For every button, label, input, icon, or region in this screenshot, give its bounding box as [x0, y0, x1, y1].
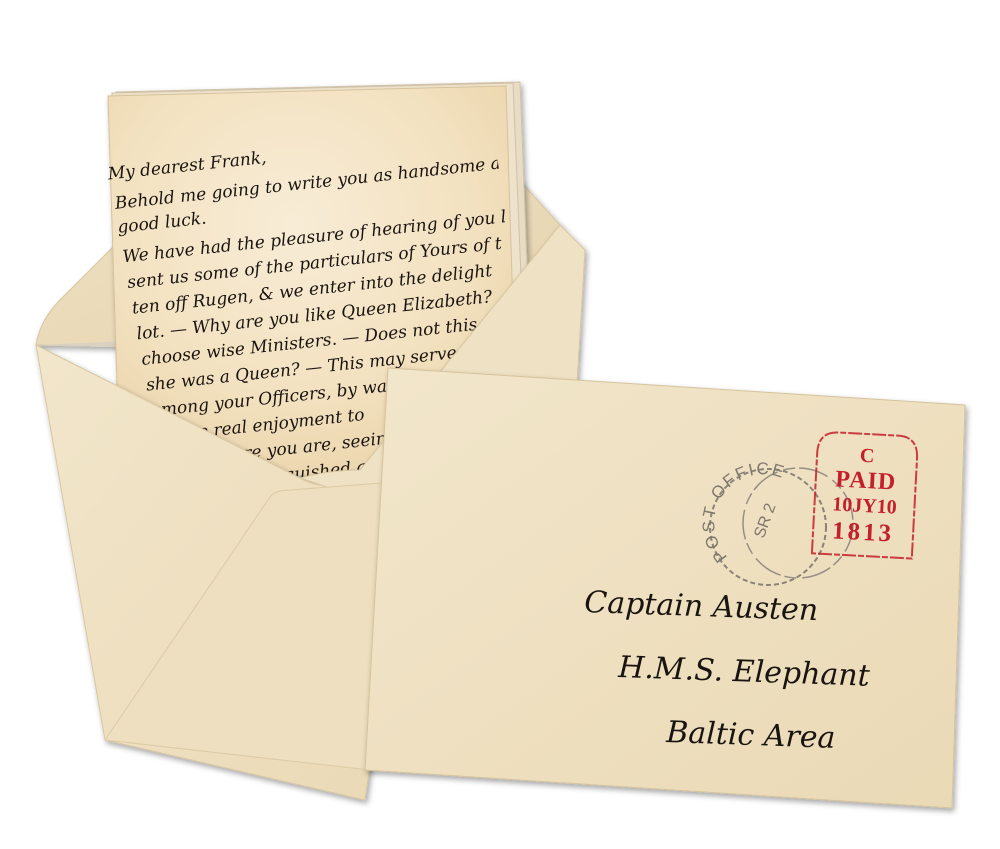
postmark-paid-line: 10JY10 [832, 493, 898, 518]
postmark-paid-line: PAID [835, 466, 897, 495]
letter-scene: My dearest Frank, Behold me going to wri… [0, 0, 1000, 849]
postmark-paid-line: C [859, 445, 875, 468]
postmark-paid-line: 1813 [831, 517, 894, 547]
address-line-area: Baltic Area [665, 715, 836, 756]
